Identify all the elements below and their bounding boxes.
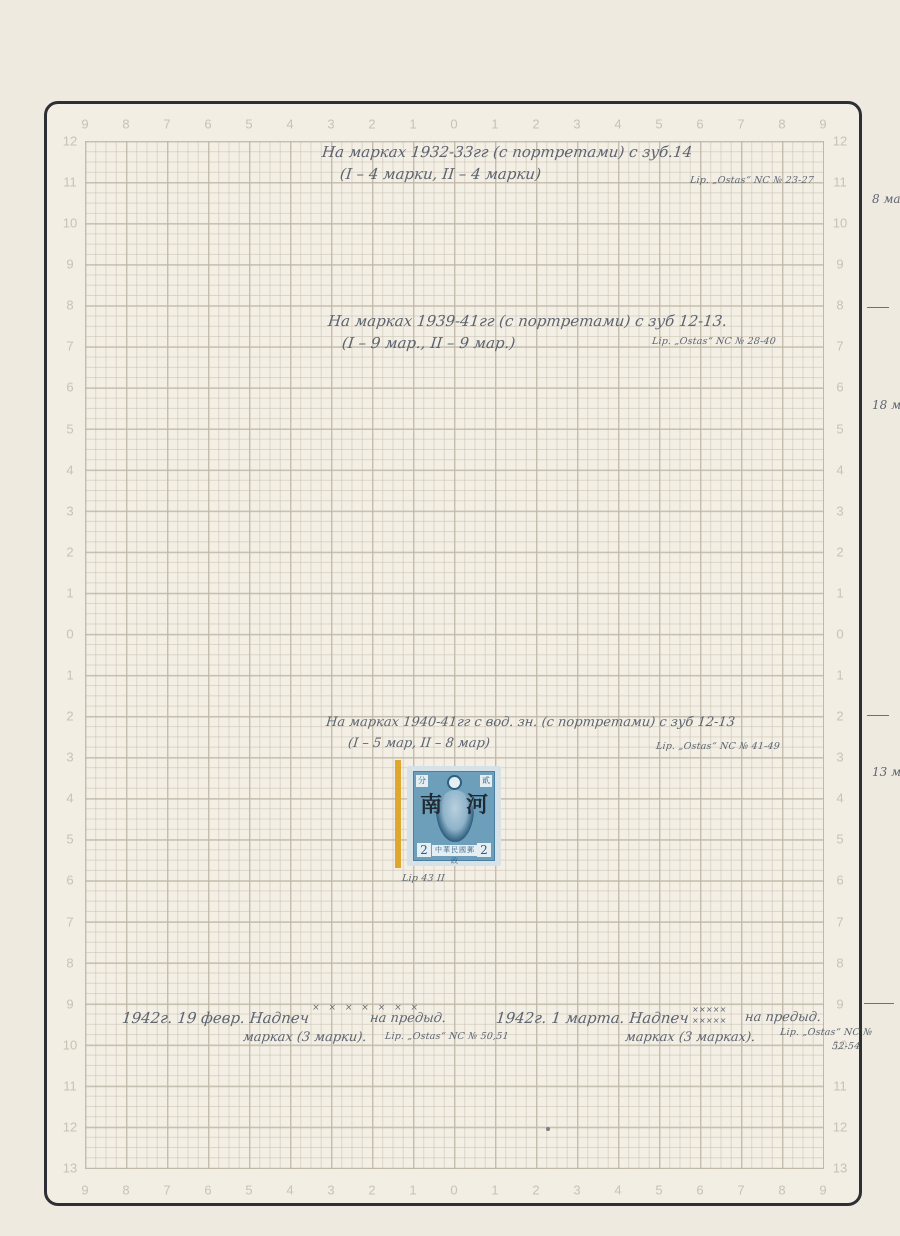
margin-note-count-1: 8 мар: [872, 192, 900, 206]
axis-label-left-y: 5: [66, 833, 73, 846]
axis-label-top-x: 5: [655, 118, 662, 131]
ink-spot: [546, 1127, 550, 1131]
note-1932-reference: Lip. „Ostas“ NC № 23-27: [690, 176, 815, 186]
axis-label-top-x: 1: [409, 118, 416, 131]
axis-label-bottom-x: 0: [450, 1184, 457, 1197]
axis-label-right-y: 1: [836, 586, 843, 599]
axis-label-left-y: 7: [66, 915, 73, 928]
note-1932-line1: На марках 1932-33гг (с портретами) с зуб…: [321, 145, 693, 160]
margin-divider-1: [867, 307, 889, 308]
axis-label-left-y: 5: [66, 422, 73, 435]
axis-label-right-y: 11: [833, 176, 847, 189]
axis-label-right-y: 4: [836, 792, 843, 805]
axis-label-right-y: 8: [836, 956, 843, 969]
note-1940-reference: Lip. „Ostas“ NC № 41-49: [656, 742, 781, 752]
axis-label-right-y: 3: [836, 751, 843, 764]
axis-label-bottom-x: 6: [696, 1184, 703, 1197]
axis-label-left-y: 7: [66, 340, 73, 353]
overprint-marks-mar-top: ×××××: [692, 1006, 727, 1014]
axis-label-left-y: 1: [66, 669, 73, 682]
axis-label-right-y: 6: [836, 381, 843, 394]
axis-label-bottom-x: 9: [81, 1184, 88, 1197]
axis-label-left-y: 0: [66, 627, 73, 640]
axis-label-bottom-x: 1: [491, 1184, 498, 1197]
axis-label-left-y: 12: [63, 135, 77, 148]
axis-label-left-y: 10: [63, 1038, 77, 1051]
axis-label-left-y: 11: [63, 176, 77, 189]
axis-label-right-y: 4: [836, 463, 843, 476]
axis-label-top-x: 8: [778, 118, 785, 131]
axis-label-right-y: 5: [836, 422, 843, 435]
note-1942-mar-line2: марках (3 марках).: [624, 1031, 756, 1044]
axis-label-left-y: 2: [66, 545, 73, 558]
axis-label-right-y: 5: [836, 833, 843, 846]
stamp-value-right: 2: [477, 843, 491, 857]
axis-label-left-y: 9: [66, 997, 73, 1010]
axis-label-left-y: 11: [63, 1079, 77, 1092]
axis-label-right-y: 13: [833, 1162, 847, 1175]
stamp-corner-right: 貳: [480, 775, 492, 787]
axis-label-right-y: 7: [836, 915, 843, 928]
axis-label-left-y: 12: [63, 1120, 77, 1133]
axis-label-left-y: 6: [66, 874, 73, 887]
axis-label-top-x: 4: [614, 118, 621, 131]
axis-label-right-y: 3: [836, 504, 843, 517]
overprint-char-left: 南: [420, 794, 442, 816]
axis-label-bottom-x: 5: [245, 1184, 252, 1197]
note-1942-feb-line1-end: на предыд.: [369, 1012, 446, 1025]
axis-label-left-y: 1: [66, 586, 73, 599]
note-1939-line2: (I – 9 мар., II – 9 мар.): [341, 336, 516, 351]
axis-label-right-y: 11: [833, 1079, 847, 1092]
axis-label-bottom-x: 6: [204, 1184, 211, 1197]
axis-label-top-x: 2: [532, 118, 539, 131]
axis-label-left-y: 9: [66, 258, 73, 271]
axis-label-top-x: 3: [327, 118, 334, 131]
axis-label-left-y: 10: [63, 217, 77, 230]
stamp-henan-overprint: 分 貳 南 河 2 2 中華民國郵政: [395, 760, 503, 868]
axis-label-top-x: 5: [245, 118, 252, 131]
note-1932-line2: (I – 4 марки, II – 4 марки): [339, 167, 541, 182]
axis-label-bottom-x: 7: [163, 1184, 170, 1197]
note-1942-feb-line2: марках (3 марки).: [242, 1031, 367, 1044]
axis-label-bottom-x: 5: [655, 1184, 662, 1197]
axis-label-top-x: 9: [819, 118, 826, 131]
axis-label-right-y: 0: [836, 627, 843, 640]
note-1940-line1: На марках 1940-41гг с вод. зн. (с портре…: [325, 716, 735, 729]
axis-label-bottom-x: 2: [368, 1184, 375, 1197]
note-1942-mar-line1: 1942г. 1 марта. Надпеч: [495, 1011, 689, 1026]
axis-label-top-x: 7: [163, 118, 170, 131]
axis-label-bottom-x: 8: [778, 1184, 785, 1197]
margin-note-count-3: 13 мар: [872, 765, 900, 779]
axis-label-right-y: 2: [836, 545, 843, 558]
note-1942-mar-reference: Lip. „Ostas“ NC №: [780, 1028, 873, 1038]
axis-label-right-y: 8: [836, 299, 843, 312]
note-1942-feb-reference: Lip. „Ostas“ NC № 50,51: [385, 1032, 510, 1042]
axis-label-right-y: 9: [836, 258, 843, 271]
overprint-marks-mar-bottom: ×××××: [692, 1017, 727, 1025]
axis-label-right-y: 12: [833, 135, 847, 148]
stamp-caption: Lip 43 II: [402, 874, 446, 884]
axis-label-left-y: 4: [66, 463, 73, 476]
axis-label-right-y: 12: [833, 1120, 847, 1133]
stamp-sheet-margin: [395, 760, 401, 868]
axis-label-bottom-x: 9: [819, 1184, 826, 1197]
axis-label-top-x: 6: [696, 118, 703, 131]
axis-label-bottom-x: 3: [573, 1184, 580, 1197]
axis-label-bottom-x: 3: [327, 1184, 334, 1197]
axis-label-bottom-x: 8: [122, 1184, 129, 1197]
axis-label-top-x: 7: [737, 118, 744, 131]
axis-label-left-y: 13: [63, 1162, 77, 1175]
axis-label-top-x: 0: [450, 118, 457, 131]
axis-label-left-y: 3: [66, 751, 73, 764]
axis-label-left-y: 6: [66, 381, 73, 394]
axis-label-right-y: 1: [836, 669, 843, 682]
stamp-inscription: 中華民國郵政: [432, 845, 478, 856]
axis-label-right-y: 6: [836, 874, 843, 887]
axis-label-top-x: 9: [81, 118, 88, 131]
axis-label-right-y: 7: [836, 340, 843, 353]
axis-label-top-x: 2: [368, 118, 375, 131]
note-1940-line2: (I – 5 мар, II – 8 мар): [347, 737, 490, 750]
axis-label-bottom-x: 7: [737, 1184, 744, 1197]
axis-label-top-x: 3: [573, 118, 580, 131]
margin-divider-3: [864, 1003, 894, 1004]
axis-label-top-x: 8: [122, 118, 129, 131]
axis-label-bottom-x: 1: [409, 1184, 416, 1197]
axis-label-left-y: 3: [66, 504, 73, 517]
axis-label-right-y: 9: [836, 997, 843, 1010]
stamp-paper: 分 貳 南 河 2 2 中華民國郵政: [407, 766, 501, 866]
axis-label-top-x: 4: [286, 118, 293, 131]
stamp-design: 分 貳 南 河 2 2 中華民國郵政: [413, 771, 495, 861]
note-1939-reference: Lip. „Ostas“ NC № 28-40: [652, 337, 777, 347]
margin-divider-2: [867, 715, 889, 716]
margin-note-count-2: 18 мар: [872, 398, 900, 412]
note-1942-feb-line1: 1942г. 19 февр. Надпеч: [121, 1011, 310, 1026]
note-1939-line1: На марках 1939-41гг (с портретами) с зуб…: [327, 314, 728, 329]
overprint-char-right: 河: [466, 794, 488, 816]
note-1942-mar-reference-range: 52-54: [832, 1042, 861, 1052]
axis-label-bottom-x: 2: [532, 1184, 539, 1197]
stamp-value-left: 2: [417, 843, 431, 857]
sun-emblem-icon: [447, 775, 462, 790]
axis-label-bottom-x: 4: [614, 1184, 621, 1197]
axis-label-top-x: 1: [491, 118, 498, 131]
axis-label-left-y: 4: [66, 792, 73, 805]
axis-label-right-y: 10: [833, 217, 847, 230]
axis-label-left-y: 2: [66, 710, 73, 723]
axis-label-bottom-x: 4: [286, 1184, 293, 1197]
note-1942-mar-line1-end: на предыд.: [744, 1011, 821, 1024]
axis-label-left-y: 8: [66, 299, 73, 312]
axis-label-right-y: 2: [836, 710, 843, 723]
stamp-corner-left: 分: [416, 775, 428, 787]
axis-label-left-y: 8: [66, 956, 73, 969]
axis-label-top-x: 6: [204, 118, 211, 131]
